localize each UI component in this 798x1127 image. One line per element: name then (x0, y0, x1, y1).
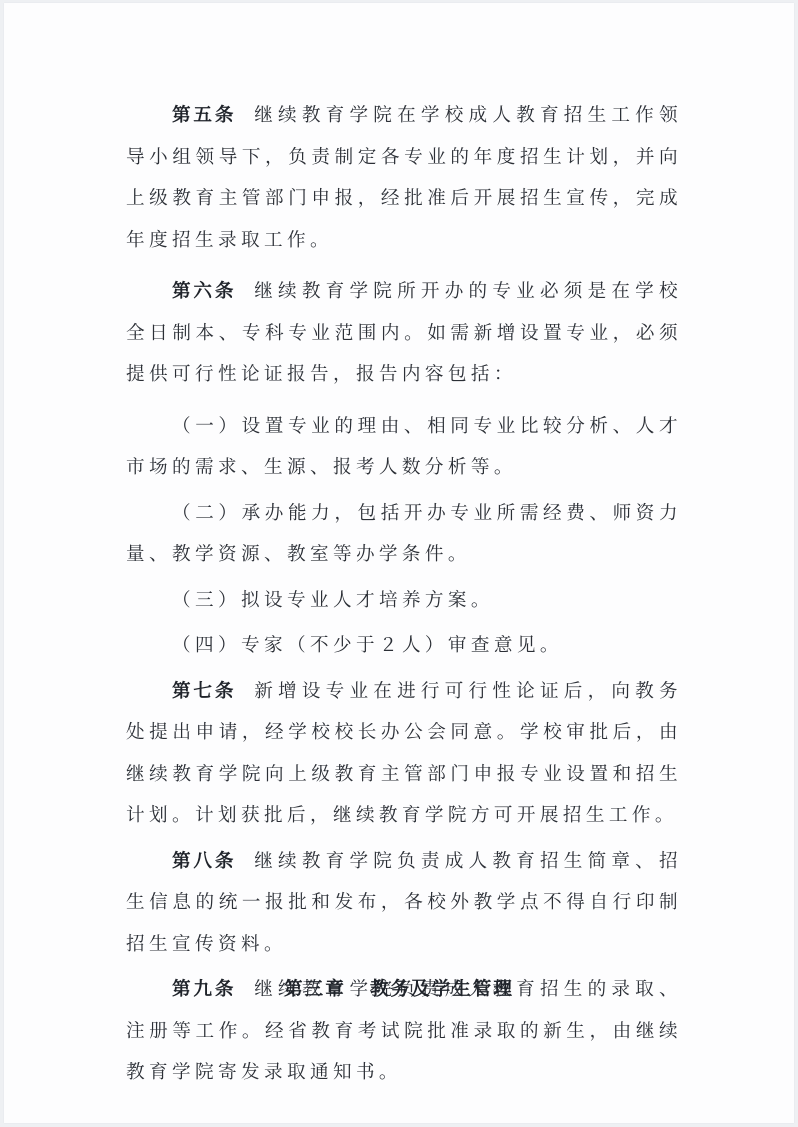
article-text: 新增设专业在进行可行性论证后，向教务处提出申请，经学校校长办公会同意。学校审批后… (126, 681, 682, 827)
item-label: （四） (172, 635, 241, 656)
article-7: 第七条新增设专业在进行可行性论证后，向教务处提出申请，经学校校长办公会同意。学校… (126, 671, 682, 837)
document-body: 第五条继续教育学院在学校成人教育招生工作领导小组领导下，负责制定各专业的年度招生… (126, 95, 682, 1094)
list-item-3: （三）拟设专业人才培养方案。 (126, 580, 682, 622)
article-5: 第五条继续教育学院在学校成人教育招生工作领导小组领导下，负责制定各专业的年度招生… (126, 95, 682, 261)
chapter-title: 教务及学生管理 (370, 979, 514, 1000)
chapter-number: 第三章 (284, 979, 346, 1000)
item-label: （三） (172, 590, 241, 611)
list-item-2: （二）承办能力，包括开办专业所需经费、师资力量、教学资源、教室等办学条件。 (126, 493, 682, 576)
article-label: 第八条 (172, 851, 236, 872)
article-text: 继续教育学院在学校成人教育招生工作领导小组领导下，负责制定各专业的年度招生计划，… (126, 105, 682, 251)
item-label: （一） (172, 416, 242, 437)
item-text: 拟设专业人才培养方案。 (241, 590, 494, 611)
list-item-4: （四）专家（不少于２人）审查意见。 (126, 625, 682, 667)
article-label: 第五条 (172, 105, 236, 126)
list-item-1: （一）设置专业的理由、相同专业比较分析、人才市场的需求、生源、报考人数分析等。 (126, 406, 682, 489)
item-text: 专家（不少于２人）审查意见。 (241, 635, 563, 656)
chapter-heading: 第三章教务及学生管理 (4, 975, 794, 1001)
article-label: 第六条 (172, 281, 236, 302)
article-8: 第八条继续教育学院负责成人教育招生简章、招生信息的统一报批和发布，各校外教学点不… (126, 841, 682, 966)
article-label: 第七条 (172, 681, 236, 702)
document-page: 第五条继续教育学院在学校成人教育招生工作领导小组领导下，负责制定各专业的年度招生… (4, 3, 794, 1123)
item-label: （二） (172, 503, 242, 524)
article-6: 第六条继续教育学院所开办的专业必须是在学校全日制本、专科专业范围内。如需新增设置… (126, 271, 682, 396)
